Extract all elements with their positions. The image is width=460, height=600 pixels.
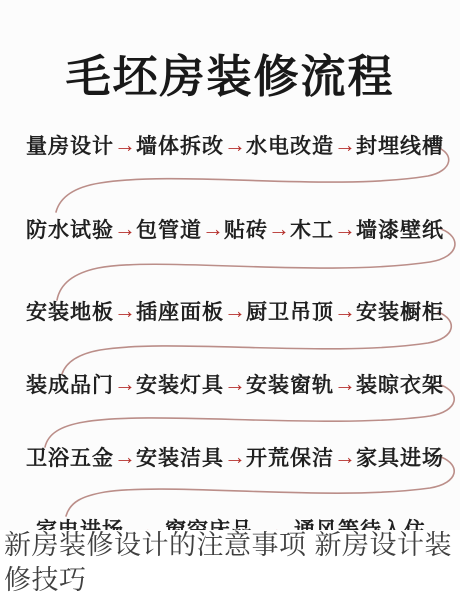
flow-step: 开荒保洁 — [246, 442, 334, 472]
arrow-right-icon: → — [224, 373, 246, 395]
arrow-right-icon: → — [224, 446, 246, 468]
flow-step: 安装地板 — [26, 296, 114, 326]
flow-step: 防水试验 — [26, 214, 114, 244]
arrow-right-icon: → — [268, 218, 290, 240]
flow-row: 卫浴五金→安装洁具→开荒保洁→家具进场 — [0, 442, 460, 472]
flow-row: 防水试验→包管道→贴砖→木工→墙漆壁纸 — [0, 214, 460, 244]
caption-text: 新房装修设计的注意事项 新房设计装修技巧 — [4, 528, 460, 598]
arrow-right-icon: → — [334, 134, 356, 156]
flow-step: 安装橱柜 — [356, 296, 444, 326]
flow-step: 安装洁具 — [136, 442, 224, 472]
flow-chart-rows: 量房设计→墙体拆改→水电改造→封埋线槽防水试验→包管道→贴砖→木工→墙漆壁纸安装… — [0, 0, 460, 600]
flow-step: 木工 — [290, 214, 334, 244]
arrow-right-icon: → — [114, 134, 136, 156]
flow-step: 安装灯具 — [136, 369, 224, 399]
arrow-right-icon: → — [114, 300, 136, 322]
flow-step: 贴砖 — [224, 214, 268, 244]
arrow-right-icon: → — [202, 218, 224, 240]
arrow-right-icon: → — [114, 446, 136, 468]
arrow-right-icon: → — [114, 218, 136, 240]
flow-step: 装晾衣架 — [356, 369, 444, 399]
arrow-right-icon: → — [114, 373, 136, 395]
arrow-right-icon: → — [224, 300, 246, 322]
flow-row: 安装地板→插座面板→厨卫吊顶→安装橱柜 — [0, 296, 460, 326]
flow-step: 插座面板 — [136, 296, 224, 326]
flow-step: 墙漆壁纸 — [356, 214, 444, 244]
renovation-flow-poster: 毛坯房装修流程 量房设计→墙体拆改→水电改造→封埋线槽防水试验→包管道→贴砖→木… — [0, 0, 460, 600]
flow-step: 安装窗轨 — [246, 369, 334, 399]
arrow-right-icon: → — [334, 373, 356, 395]
arrow-right-icon: → — [334, 300, 356, 322]
flow-step: 家具进场 — [356, 442, 444, 472]
flow-step: 装成品门 — [26, 369, 114, 399]
flow-step: 水电改造 — [246, 130, 334, 160]
flow-step: 卫浴五金 — [26, 442, 114, 472]
flow-step: 墙体拆改 — [136, 130, 224, 160]
flow-step: 包管道 — [136, 214, 202, 244]
arrow-right-icon: → — [224, 134, 246, 156]
flow-row: 量房设计→墙体拆改→水电改造→封埋线槽 — [0, 130, 460, 160]
arrow-right-icon: → — [334, 446, 356, 468]
flow-step: 量房设计 — [26, 130, 114, 160]
arrow-right-icon: → — [334, 218, 356, 240]
flow-step: 封埋线槽 — [356, 130, 444, 160]
flow-step: 厨卫吊顶 — [246, 296, 334, 326]
flow-row: 装成品门→安装灯具→安装窗轨→装晾衣架 — [0, 369, 460, 399]
